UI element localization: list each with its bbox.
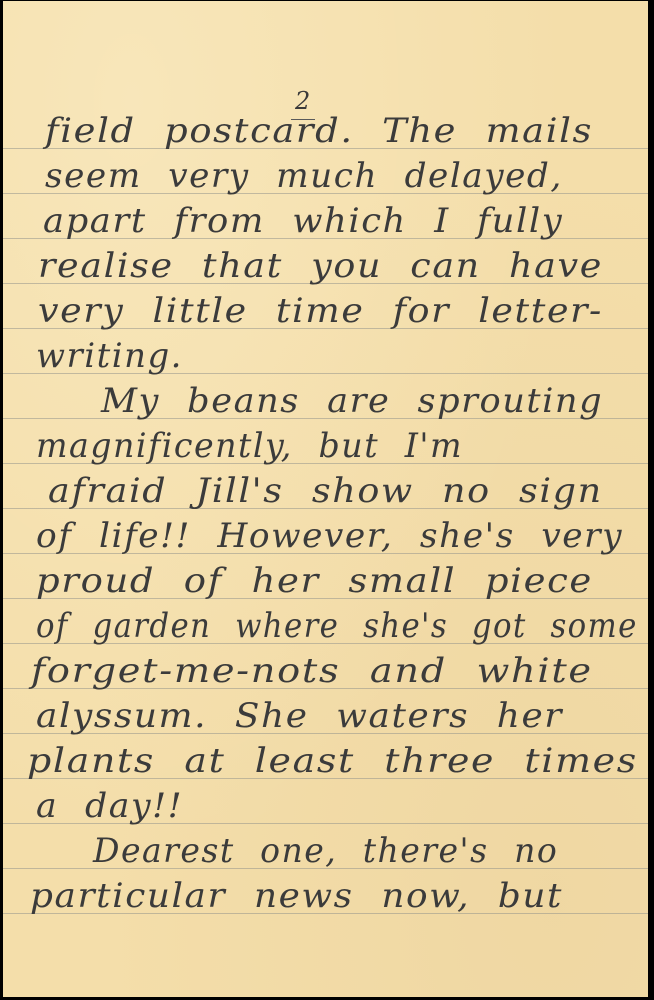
page-number: 2 xyxy=(295,89,310,113)
text-line-12: of garden where she's got some xyxy=(36,609,638,643)
text-line-15: plants at least three times xyxy=(27,744,638,778)
letter-page: 2 field postcard. The mails seem very mu… xyxy=(3,1,648,997)
text-line-18: particular news now, but xyxy=(30,879,563,913)
text-line-3: apart from which I fully xyxy=(43,204,563,238)
text-line-17: Dearest one, there's no xyxy=(93,834,558,868)
text-line-11: proud of her small piece xyxy=(36,564,593,598)
text-line-9: afraid Jill's show no sign xyxy=(48,474,603,508)
text-line-16: a day!! xyxy=(36,789,183,823)
text-line-2: seem very much delayed, xyxy=(45,159,563,193)
text-line-1: field postcard. The mails xyxy=(45,114,593,148)
text-line-13: forget-me-nots and white xyxy=(31,654,593,688)
text-line-4: realise that you can have xyxy=(38,249,603,283)
text-line-5: very little time for letter- xyxy=(38,294,603,328)
text-line-8: magnificently, but I'm xyxy=(36,429,463,463)
text-line-6: writing. xyxy=(36,339,183,373)
text-line-14: alyssum. She waters her xyxy=(36,699,563,733)
text-line-7: My beans are sprouting xyxy=(101,384,603,418)
text-line-10: of life!! However, she's very xyxy=(36,519,623,553)
